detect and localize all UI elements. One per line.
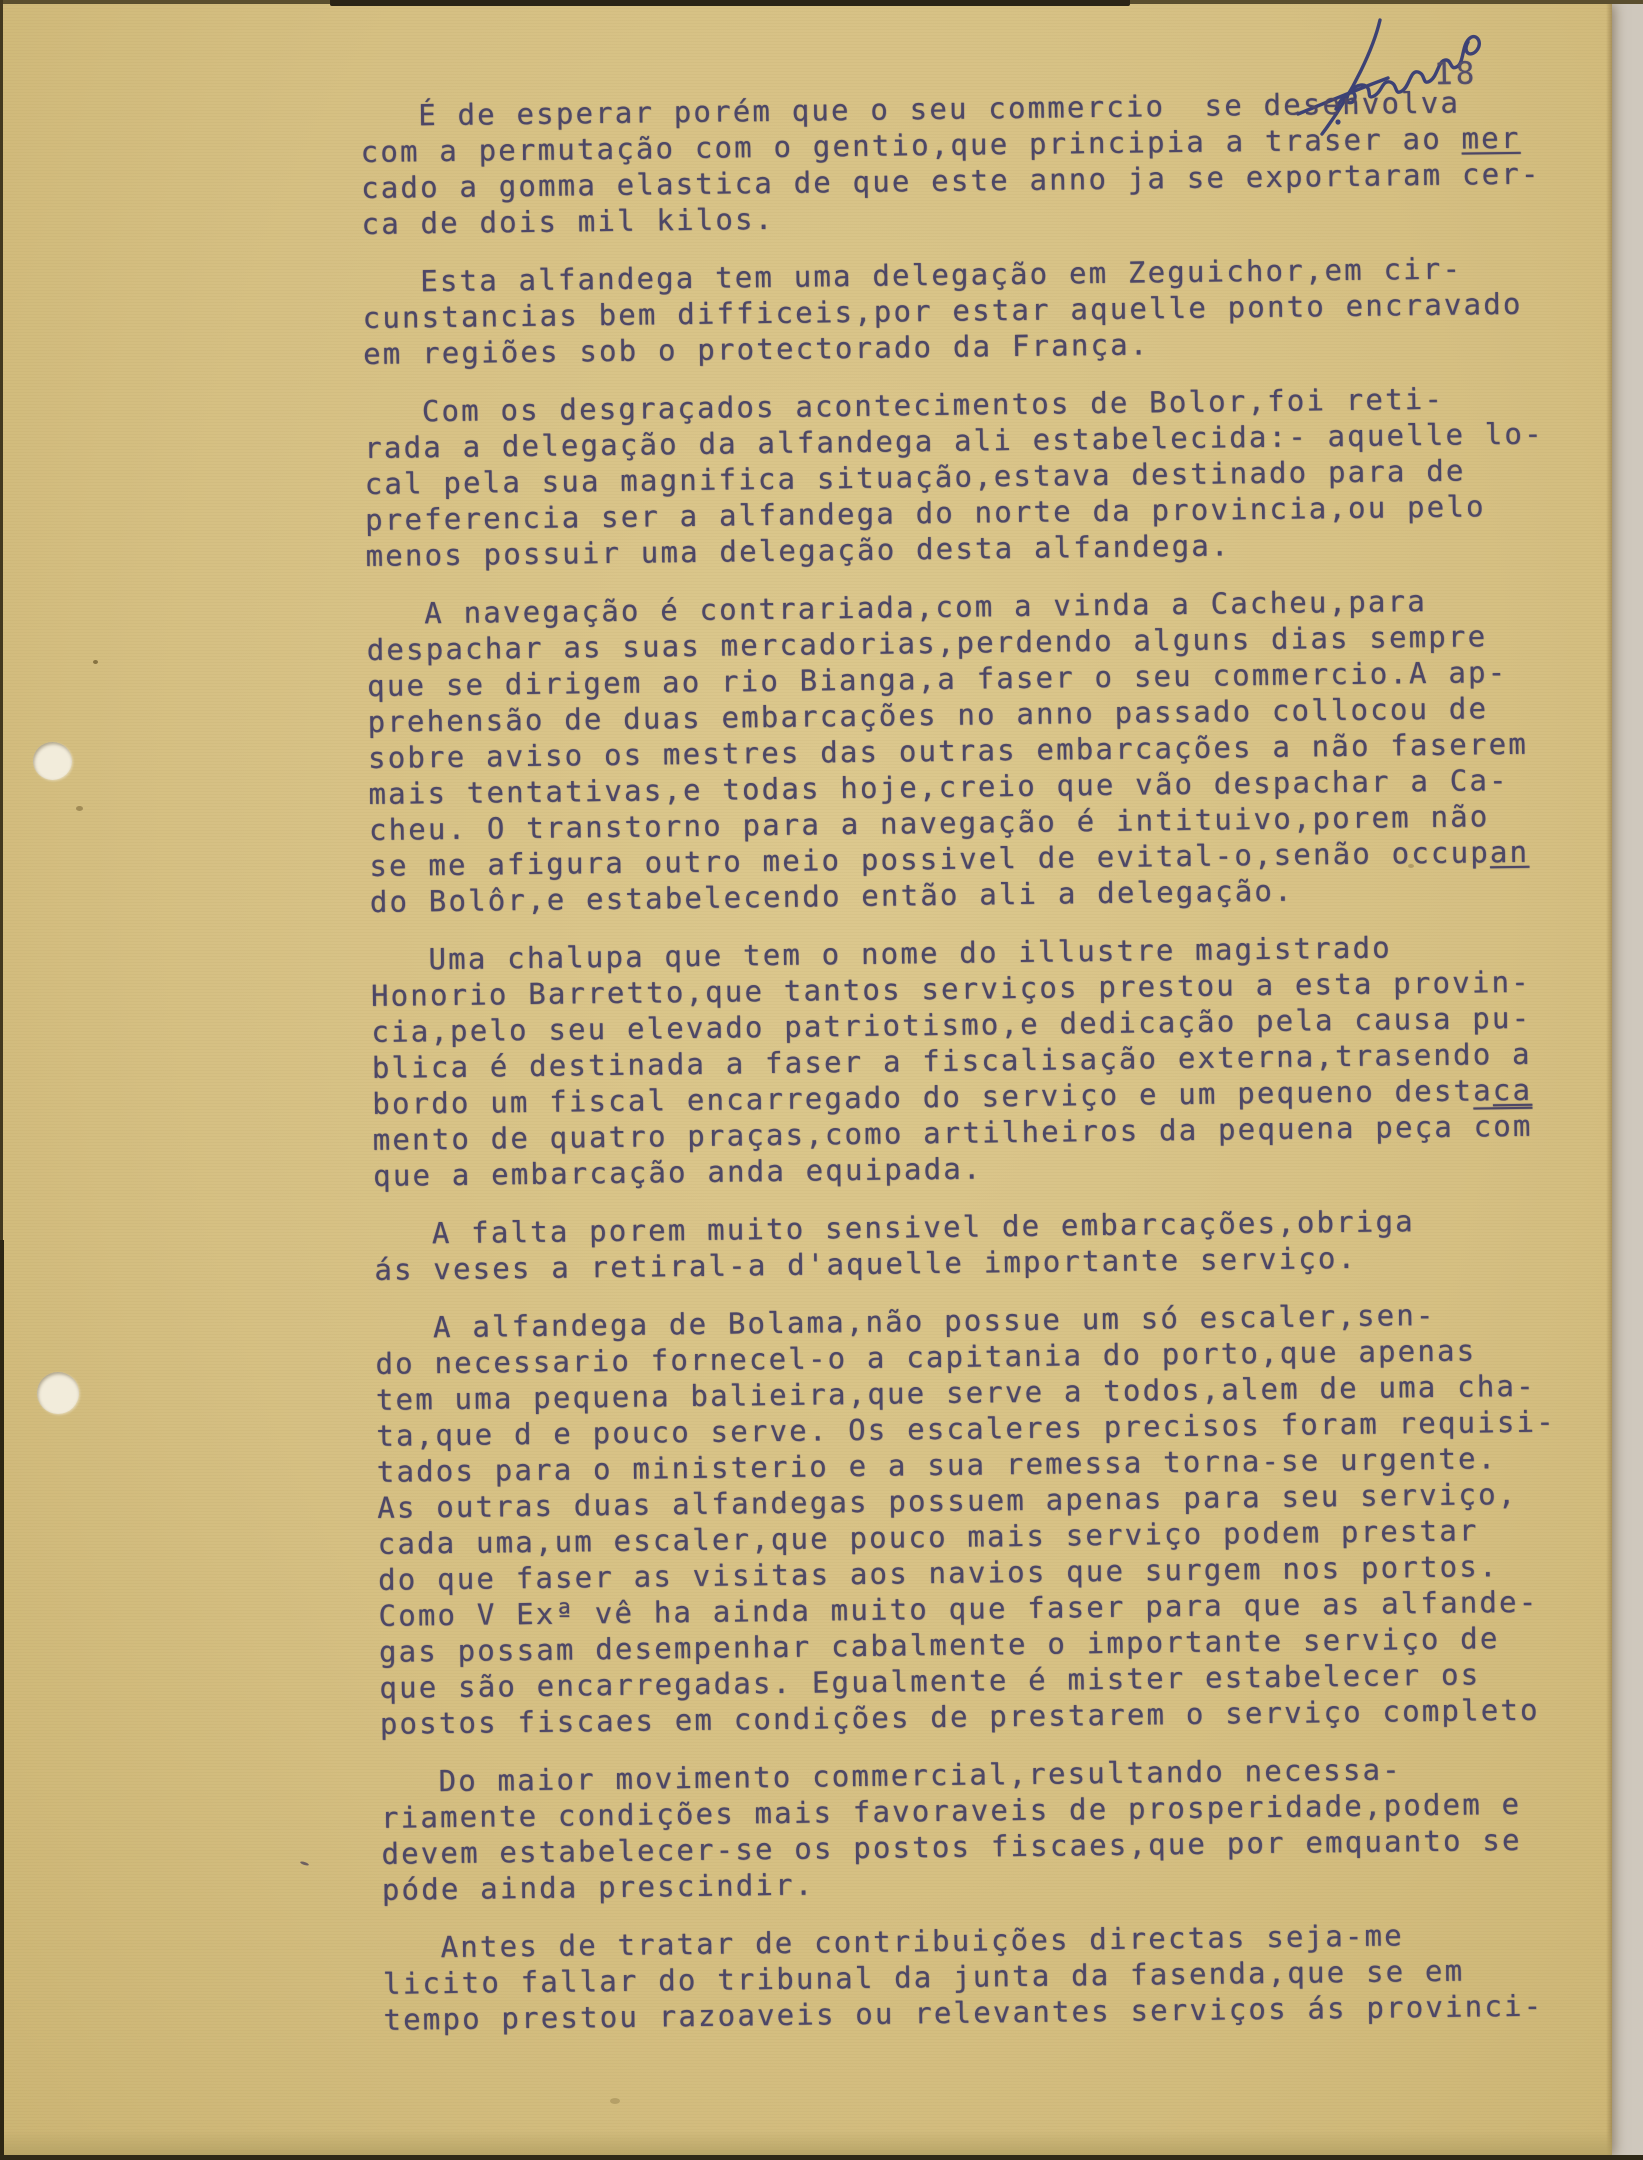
paragraph: Uma chalupa que tem o nome do illustre m… bbox=[370, 927, 1605, 1194]
paragraph: Com os desgraçados acontecimentos de Bol… bbox=[364, 379, 1598, 574]
paper-stain bbox=[610, 2098, 620, 2104]
scan-edge-bottom bbox=[0, 2155, 1643, 2160]
paragraph: A alfandega de Bolama,não possue um só e… bbox=[375, 1295, 1612, 1742]
punch-hole-top bbox=[33, 742, 72, 780]
paragraph: Antes de tratar de contribuições directa… bbox=[382, 1915, 1615, 2038]
paragraph: Do maior movimento commercial,resultando… bbox=[380, 1749, 1614, 1908]
text-body: É de esperar porém que o seu commercio s… bbox=[360, 83, 1616, 2060]
scan-edge-left-dark bbox=[0, 1240, 4, 2160]
paragraph: Esta alfandega tem uma delegação em Zegu… bbox=[362, 249, 1595, 372]
scan-edge-top-dark bbox=[330, 0, 1130, 6]
paper-edge-shadow bbox=[1606, 0, 1612, 2160]
punch-hole-bottom bbox=[37, 1372, 79, 1414]
paper-stain bbox=[76, 806, 83, 811]
ink-mark bbox=[300, 1861, 309, 1867]
paragraph: A falta porem muito sensivel de embarcaç… bbox=[374, 1201, 1607, 1288]
paragraph: A navegação é contrariada,com a vinda a … bbox=[366, 581, 1602, 920]
paper-stain bbox=[93, 660, 98, 664]
paragraph: É de esperar porém que o seu commercio s… bbox=[360, 83, 1594, 242]
